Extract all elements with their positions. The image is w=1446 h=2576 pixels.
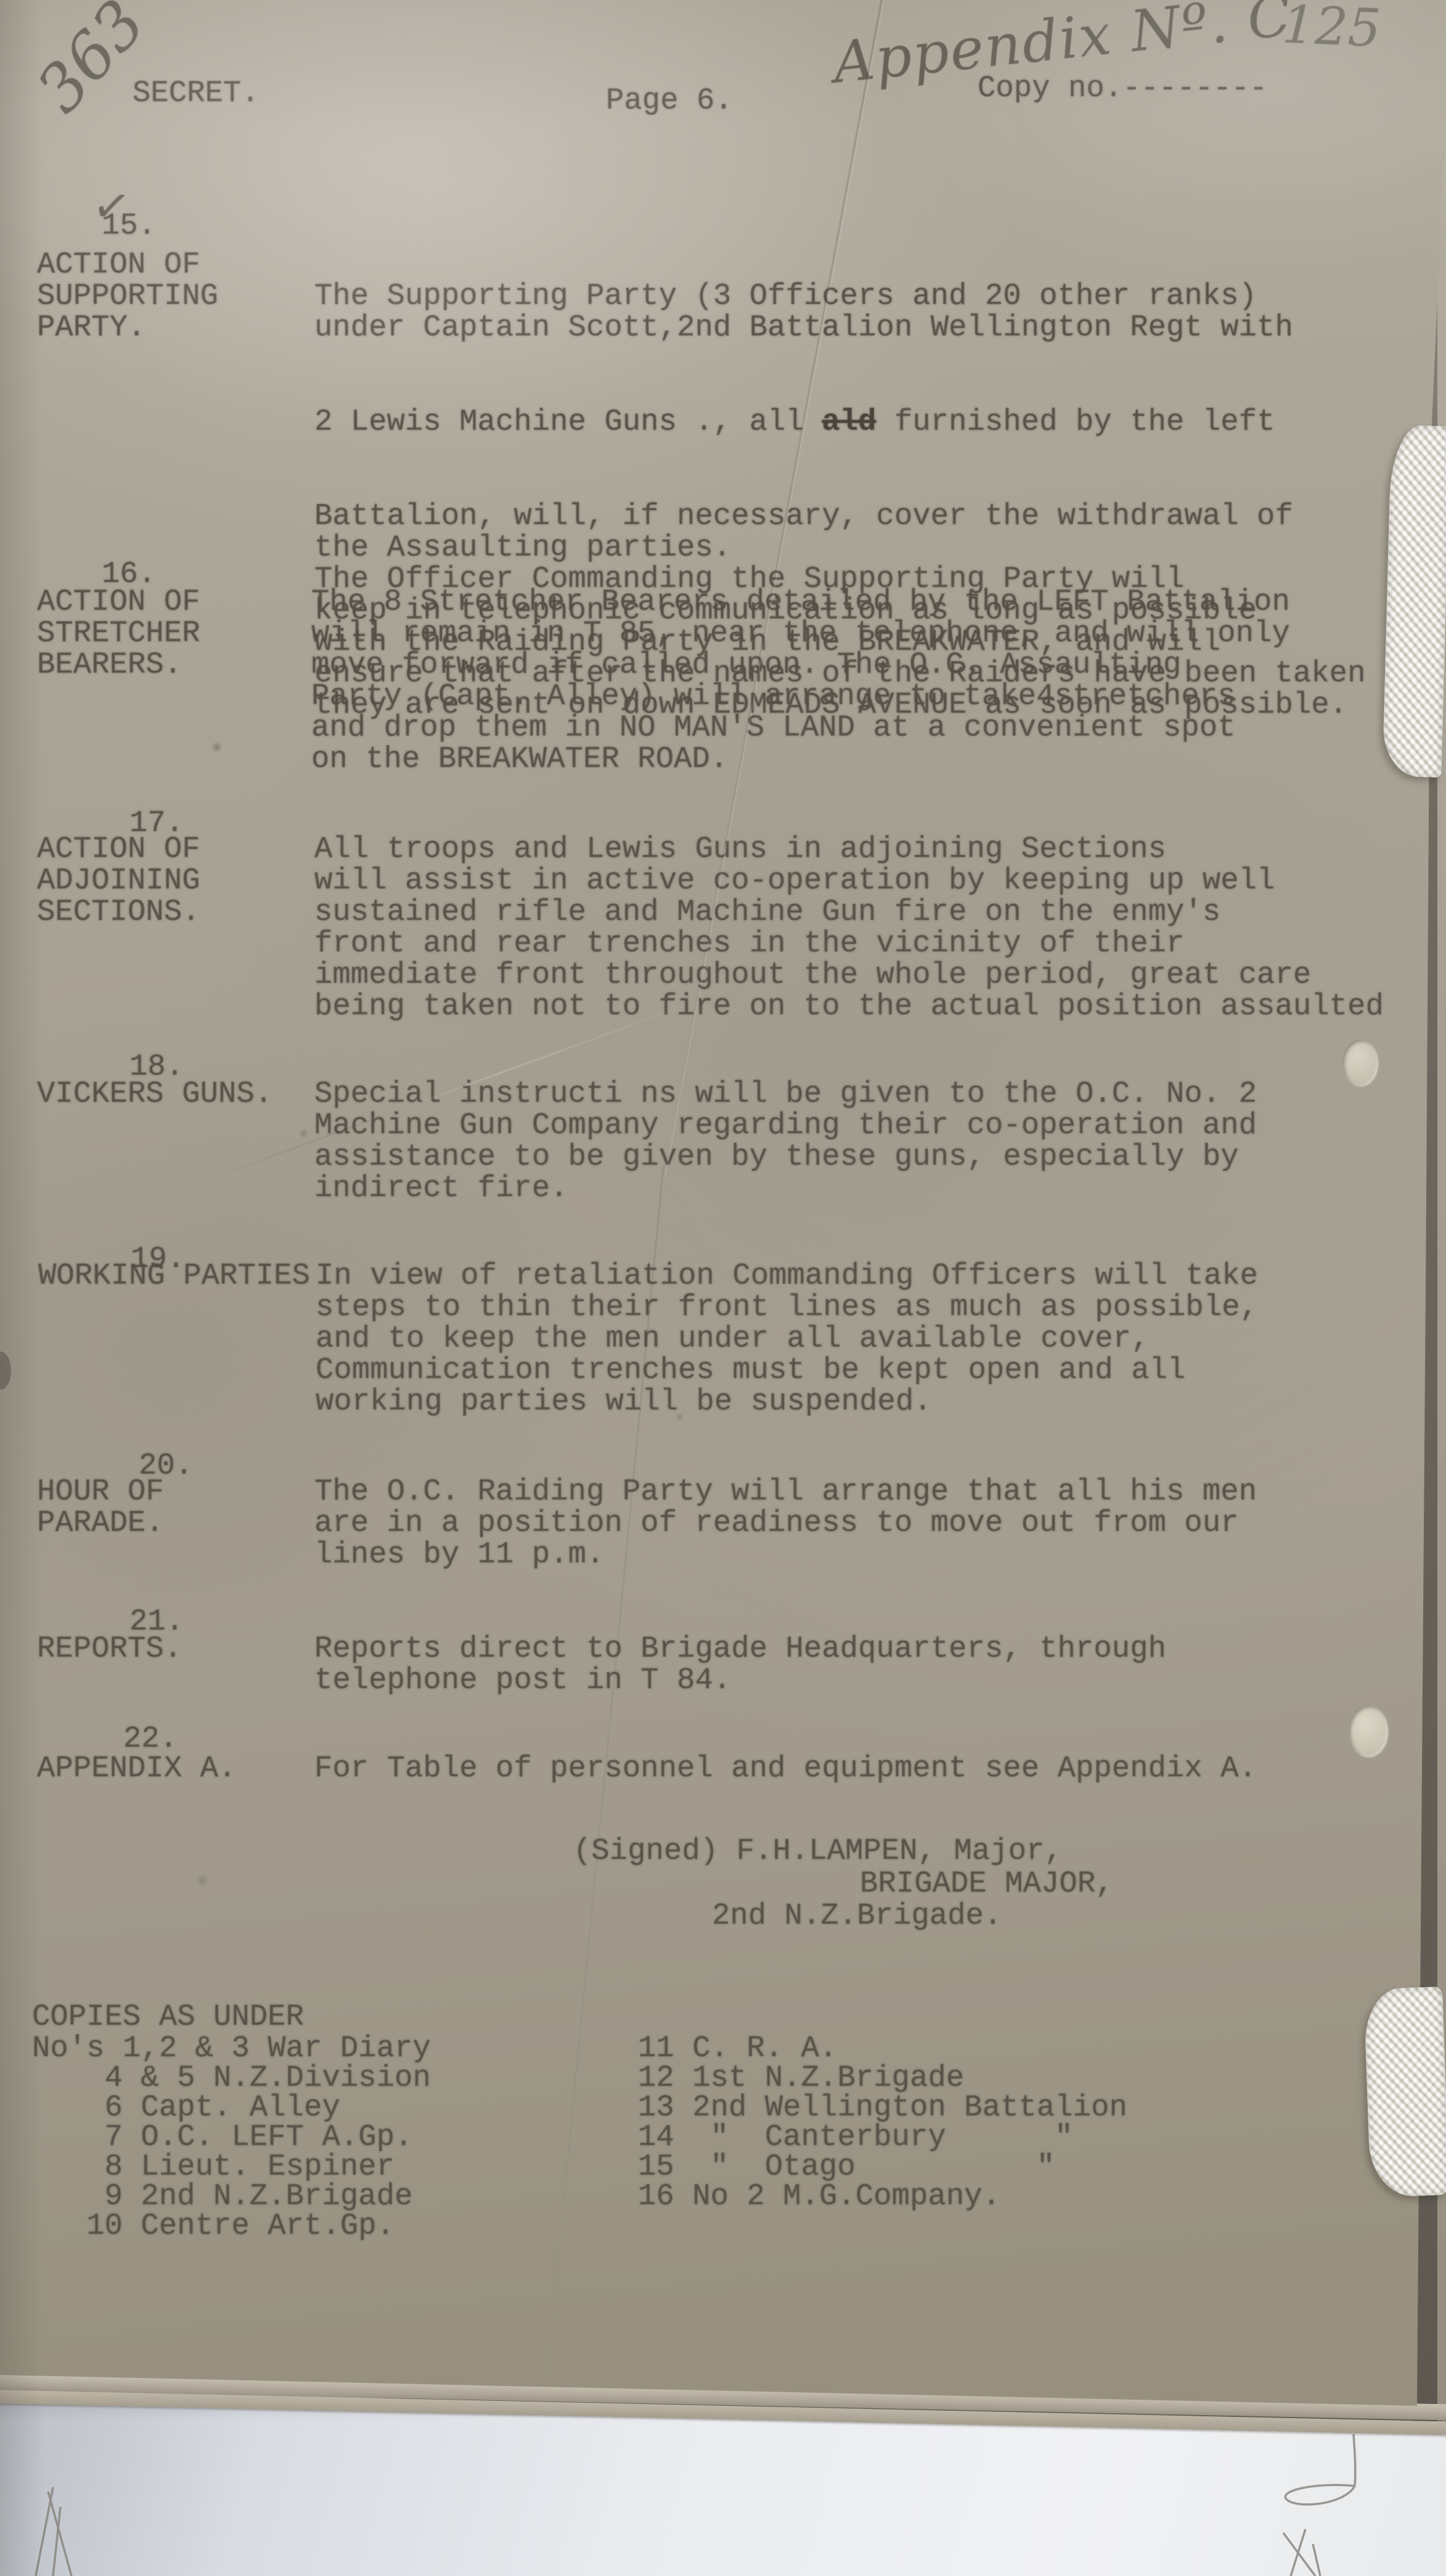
section-body: The O.C. Raiding Party will arrange that… <box>314 1476 1257 1570</box>
page-number-label: Page 6. <box>606 85 733 117</box>
section-label: APPENDIX A. <box>37 1753 236 1784</box>
section-body: For Table of personnel and equipment see… <box>314 1753 1257 1784</box>
copy-number-label: Copy no.-------- <box>978 73 1267 104</box>
distribution-right-column: 11 C. R. A. 12 1st N.Z.Brigade 13 2nd We… <box>638 2033 1127 2211</box>
section-number: 15. <box>102 210 156 242</box>
section-body: Reports direct to Brigade Headquarters, … <box>314 1633 1166 1696</box>
section-body: All troops and Lewis Guns in adjoining S… <box>314 834 1384 1022</box>
distribution-title: COPIES AS UNDER <box>32 2001 304 2033</box>
binding-tape-top <box>1383 425 1446 777</box>
signature-line: (Signed) F.H.LAMPEN, Major, <box>573 1836 1063 1867</box>
classification-label: SECRET. <box>133 78 259 109</box>
handwritten-folio-number: 125 <box>1281 0 1382 59</box>
signature-rank: BRIGADE MAJOR, <box>860 1868 1114 1900</box>
signature-unit: 2nd N.Z.Brigade. <box>712 1900 1002 1932</box>
section-number: 22. <box>123 1723 178 1755</box>
section-body: The 8 Stretcher Bearers detailed by the … <box>311 586 1290 775</box>
photo-of-document: 363 ✓ Appendix Nº. C 125 SECRET. Page 6.… <box>0 0 1446 2576</box>
section-body-lines: The Supporting Party (3 Officers and 20 … <box>314 281 1365 343</box>
strike-line: 2 Lewis Machine Guns ., all ald furnishe… <box>314 406 1365 438</box>
punch-hole-bottom <box>1349 1705 1388 1757</box>
section-body: In view of retaliation Commanding Office… <box>316 1260 1258 1417</box>
section-label: WORKING PARTIES <box>38 1260 310 1292</box>
section-label: VICKERS GUNS. <box>37 1078 272 1110</box>
section-label: REPORTS. <box>37 1633 182 1665</box>
section-label: ACTION OF ADJOINING SECTIONS. <box>37 834 200 928</box>
punch-hole-top <box>1342 1040 1378 1086</box>
distribution-left-column: No's 1,2 & 3 War Diary 4 & 5 N.Z.Divisio… <box>32 2033 431 2241</box>
section-label: ACTION OF STRETCHER BEARERS. <box>37 586 200 681</box>
section-label: ACTION OF SUPPORTING PARTY. <box>37 249 218 343</box>
section-body: Special instructi ns will be given to th… <box>314 1078 1257 1204</box>
section-label: HOUR OF PARADE. <box>37 1476 164 1539</box>
document-page: 363 ✓ Appendix Nº. C 125 SECRET. Page 6.… <box>0 0 1446 2417</box>
strike-line-post: furnished by the left <box>876 404 1275 439</box>
binding-tape-bottom <box>1363 1987 1446 2197</box>
struck-word: ald <box>822 404 876 439</box>
strike-line-pre: 2 Lewis Machine Guns ., all <box>314 404 822 439</box>
